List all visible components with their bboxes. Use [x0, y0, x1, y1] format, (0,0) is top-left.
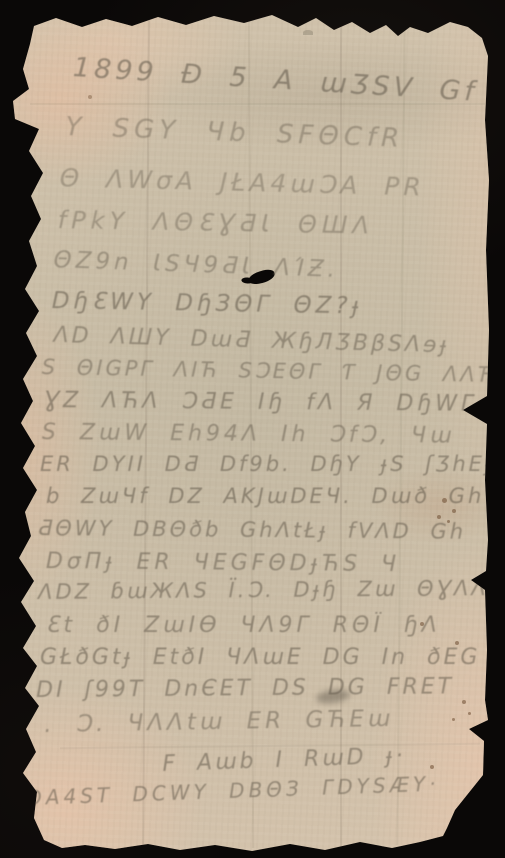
manuscript-line: b ZɯЧf DZ AKJɯDEЧ. Dɯð Gh DSBB — [46, 484, 505, 508]
manuscript-paper: 1899 Ɖ 5 A ɯƷSV Gf ΛɧЧ Y SGY Чb SFΘCfR Θ… — [0, 0, 505, 858]
stain-speck — [88, 95, 92, 99]
manuscript-line: ΛDZ ɓɯЖΛS Ї.Ɔ. Dɟɧ Zɯ ΘƔΛΛ — [38, 576, 489, 604]
stain-speck — [437, 515, 441, 519]
manuscript-line: Θ ΛWσA JŁA4ɯƆA PR — [59, 163, 425, 202]
manuscript-line: DɧƐWY DɧЗΘГ ΘZ?ɟ — [52, 288, 364, 319]
manuscript-line: fPkY ΛΘƐƔƋƖ ΘШΛ — [58, 206, 375, 240]
stain-speck — [303, 30, 313, 35]
manuscript-line: DI ʃ99T DnЄET DS DG FRET — [36, 674, 454, 703]
manuscript-line: ƔZ ΛЋΛ ƆƋE Iɧ fΛ Я DɧWΓ — [44, 388, 478, 417]
manuscript-line: Ɛt ðI ZɯIƟ ЧΛ9Γ RΘЇ ɧΛ — [46, 613, 441, 638]
manuscript-line: ΘZ9n ƖSЧ9ƋƖ ΛΊƵ. — [53, 247, 339, 283]
manuscript-line: ER DYII DƋ Df9b. DɧY ɟS ʃƷhEɟ· — [40, 452, 504, 476]
stain-speck — [430, 765, 434, 769]
manuscript-signature-line: F Aɯb I RɯD ɟ· — [162, 744, 406, 777]
stain-speck — [452, 718, 455, 721]
manuscript-line: DA4ST DCWY DBΘЗ ΓDYSÆY· — [26, 772, 440, 810]
manuscript-line: GŁðGtɟ EtðI ЧΛɯE DG In ðEG — [40, 645, 480, 670]
manuscript-photo: 1899 Ɖ 5 A ɯƷSV Gf ΛɧЧ Y SGY Чb SFΘCfR Θ… — [0, 0, 505, 858]
stain-speck — [452, 509, 456, 513]
stain-speck — [468, 712, 471, 715]
manuscript-line: ΛD ΛШY DɯƋ ЖɧЛƷBβSΛɘɟ — [53, 323, 450, 358]
manuscript-line: S ZɯW Eh94Λ Ih ƆfƆ, Чɯ — [42, 420, 456, 449]
stain-speck — [462, 700, 466, 704]
manuscript-line: DσΠɟ ER ЧEGFΘDɟЋS Ч — [46, 549, 400, 577]
manuscript-line: S ΘIGPГ ΛIЋ SƆEΘГ Ƭ JΘG ΛΛЋ — [42, 355, 498, 387]
manuscript-line: ƋΘWY DBΘðb GhΛtŁɟ fVΛD Gh — [38, 516, 466, 544]
manuscript-line: Y SGY Чb SFΘCfR — [65, 112, 405, 154]
